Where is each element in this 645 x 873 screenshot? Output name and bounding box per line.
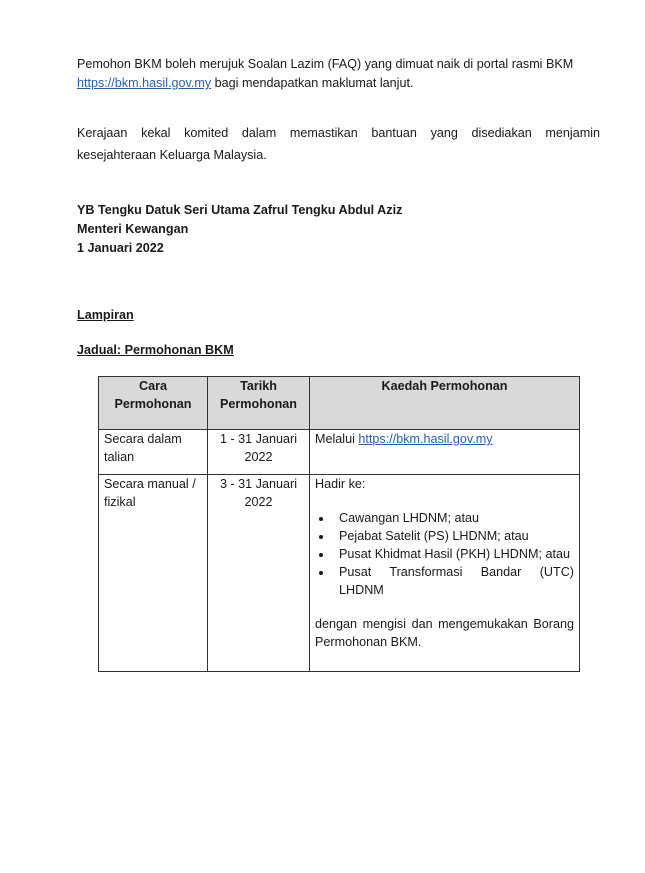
signatory-name: YB Tengku Datuk Seri Utama Zafrul Tengku… — [77, 201, 402, 220]
table-header-row: Cara Permohonan Tarikh Permohonan Kaedah… — [99, 377, 580, 430]
location-item: Pusat Transformasi Bandar (UTC) LHDNM — [333, 563, 574, 599]
how-intro: Hadir ke: — [315, 475, 574, 493]
table-title: Jadual: Permohonan BKM — [77, 341, 234, 360]
header-how: Kaedah Permohonan — [310, 377, 580, 430]
signature-block: YB Tengku Datuk Seri Utama Zafrul Tengku… — [77, 201, 402, 258]
cell-method: Secara dalam talian — [99, 430, 208, 475]
commitment-paragraph: Kerajaan kekal komited dalam memastikan … — [77, 122, 600, 166]
signatory-title: Menteri Kewangan — [77, 220, 402, 239]
how-closing: dengan mengisi dan mengemukakan Borang P… — [315, 615, 574, 651]
cell-date: 1 - 31 Januari 2022 — [208, 430, 310, 475]
signature-date: 1 Januari 2022 — [77, 239, 402, 258]
cell-how: Melalui https://bkm.hasil.gov.my — [310, 430, 580, 475]
table-row: Secara dalam talian 1 - 31 Januari 2022 … — [99, 430, 580, 475]
location-list: Cawangan LHDNM; atau Pejabat Satelit (PS… — [315, 509, 574, 599]
faq-text-end: bagi mendapatkan maklumat lanjut. — [211, 76, 413, 90]
faq-paragraph: Pemohon BKM boleh merujuk Soalan Lazim (… — [77, 55, 607, 93]
bkm-portal-link[interactable]: https://bkm.hasil.gov.my — [77, 76, 211, 90]
application-table: Cara Permohonan Tarikh Permohonan Kaedah… — [98, 376, 580, 672]
location-item: Pejabat Satelit (PS) LHDNM; atau — [333, 527, 574, 545]
online-portal-link[interactable]: https://bkm.hasil.gov.my — [358, 432, 492, 446]
cell-method: Secara manual / fizikal — [99, 475, 208, 672]
table-row: Secara manual / fizikal 3 - 31 Januari 2… — [99, 475, 580, 672]
appendix-heading: Lampiran — [77, 306, 134, 325]
header-method: Cara Permohonan — [99, 377, 208, 430]
faq-text: Pemohon BKM boleh merujuk Soalan Lazim (… — [77, 57, 573, 71]
cell-date: 3 - 31 Januari 2022 — [208, 475, 310, 672]
header-date: Tarikh Permohonan — [208, 377, 310, 430]
how-prefix: Melalui — [315, 432, 358, 446]
location-item: Cawangan LHDNM; atau — [333, 509, 574, 527]
cell-how: Hadir ke: Cawangan LHDNM; atau Pejabat S… — [310, 475, 580, 672]
location-item: Pusat Khidmat Hasil (PKH) LHDNM; atau — [333, 545, 574, 563]
